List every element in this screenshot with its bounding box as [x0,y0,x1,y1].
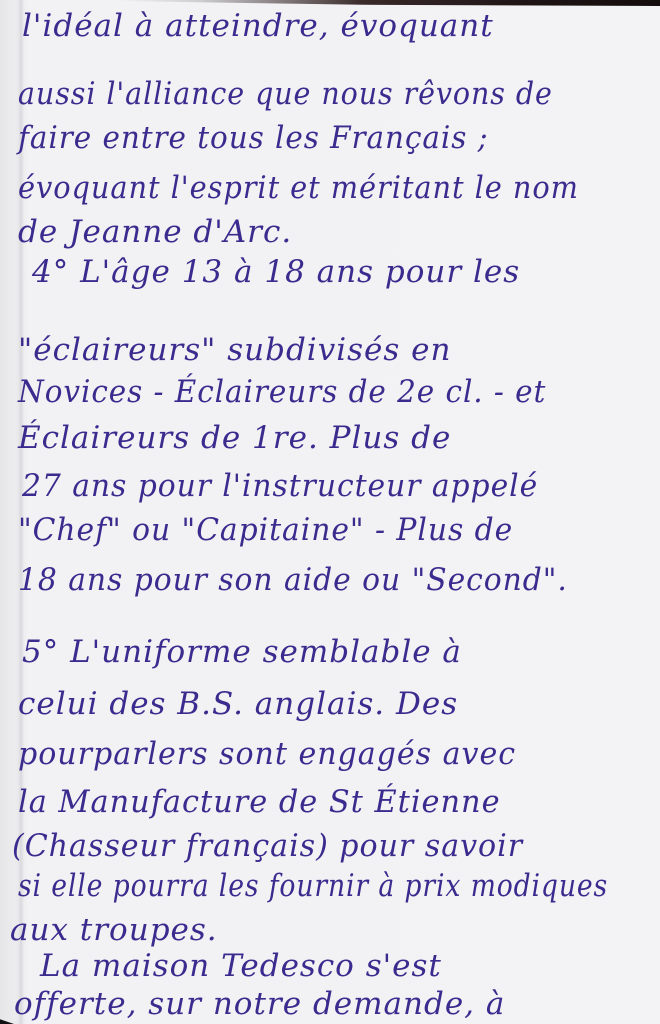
text-line: la Manufacture de St Étienne [18,782,501,822]
text-line: faire entre tous les Français ; [18,118,489,158]
text-line: "éclaireurs" subdivisés en [18,330,451,370]
handwritten-text: l'idéal à atteindre, évoquant aussi l'al… [0,0,660,1024]
text-line: pourparlers sont engagés avec [18,734,516,774]
section-4-heading: 4° L'âge 13 à 18 ans pour les [32,252,520,292]
text-line: Novices - Éclaireurs de 2e cl. - et [18,372,546,412]
text-line: de Jeanne d'Arc. [18,212,292,252]
text-line: aux troupes. [10,910,218,950]
section-5-heading: 5° L'uniforme semblable à [22,632,462,672]
text-line: "Chef" ou "Capitaine" - Plus de [18,510,513,550]
text-line: si elle pourra les fournir à prix modiqu… [18,866,608,906]
text-line: l'idéal à atteindre, évoquant [22,6,494,46]
text-line: 18 ans pour son aide ou "Second". [18,560,568,600]
paragraph-start: La maison Tedesco s'est [40,946,442,986]
text-line: offerte, sur notre demande, à [14,984,505,1024]
text-line: aussi l'alliance que nous rêvons de [18,74,553,114]
text-line: celui des B.S. anglais. Des [18,684,458,724]
text-line: Éclaireurs de 1re. Plus de [18,418,451,458]
text-line: évoquant l'esprit et méritant le nom [18,168,579,208]
letter-page: l'idéal à atteindre, évoquant aussi l'al… [0,0,660,1024]
text-line: 27 ans pour l'instructeur appelé [22,466,538,506]
text-line: (Chasseur français) pour savoir [12,826,523,866]
